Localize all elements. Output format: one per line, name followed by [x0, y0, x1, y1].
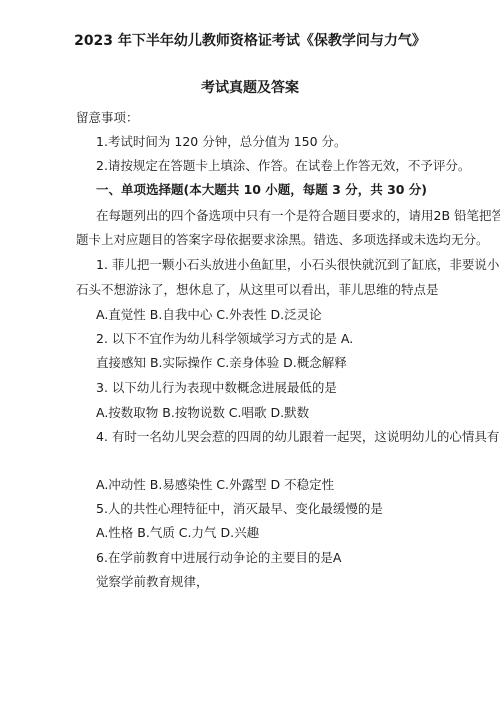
question-1-options: A.直觉性 B.自我中心 C.外表性 D.泛灵论: [96, 307, 322, 323]
question-6-text: 6.在学前教育中进展行动争论的主要目的是A: [96, 550, 341, 566]
question-1-text: 1. 菲儿把一颗小石头放进小鱼缸里，小石头很快就沉到了缸底，非要说小: [96, 257, 499, 273]
question-3-options: A.按数取物 B.按物说数 C.唱歌 D.默数: [96, 405, 309, 421]
document-subtitle: 考试真题及答案: [0, 80, 500, 96]
section-heading: 一、单项选择题(本大题共 10 小题，每题 3 分，共 30 分): [96, 182, 427, 198]
question-2-options: 直接感知 B.实际操作 C.亲身体验 D.概念解释: [96, 355, 347, 371]
notice-item: 2.请按规定在答题卡上填涂、作答。在试卷上作答无效，不予评分。: [96, 158, 470, 174]
instruction-line: 题卡上对应题目的答案字母依据要求涂黑。错选、多项选择或未选均无分。: [76, 232, 489, 248]
question-3-text: 3. 以下幼儿行为表现中数概念进展最低的是: [96, 380, 337, 396]
question-4-options: A.冲动性 B.易感染性 C.外露型 D 不稳定性: [96, 477, 334, 493]
document-title: 2023 年下半年幼儿教师资格证考试《保教学问与力气》: [0, 33, 500, 49]
question-4-text: 4. 有时一名幼儿哭会惹的四周的幼儿跟着一起哭，这说明幼儿的心情具有: [96, 429, 499, 445]
question-2-text: 2. 以下不宜作为幼儿科学领域学习方式的是 A.: [96, 331, 353, 347]
instruction-line: 在每题列出的四个备选项中只有一个是符合题目要求的，请用2B 铅笔把答: [96, 208, 500, 224]
question-5-text: 5.人的共性心理特征中，消灭最早、变化最缓慢的是: [96, 501, 383, 517]
question-6-options: 觉察学前教育规律，: [96, 574, 209, 590]
notice-heading: 留意事项：: [76, 110, 139, 126]
notice-item: 1.考试时间为 120 分钟，总分值为 150 分。: [96, 134, 347, 150]
question-5-options: A.性格 B.气质 C.力气 D.兴趣: [96, 525, 259, 541]
question-1-text: 石头不想游泳了，想休息了，从这里可以看出，菲儿思维的特点是: [76, 282, 439, 298]
